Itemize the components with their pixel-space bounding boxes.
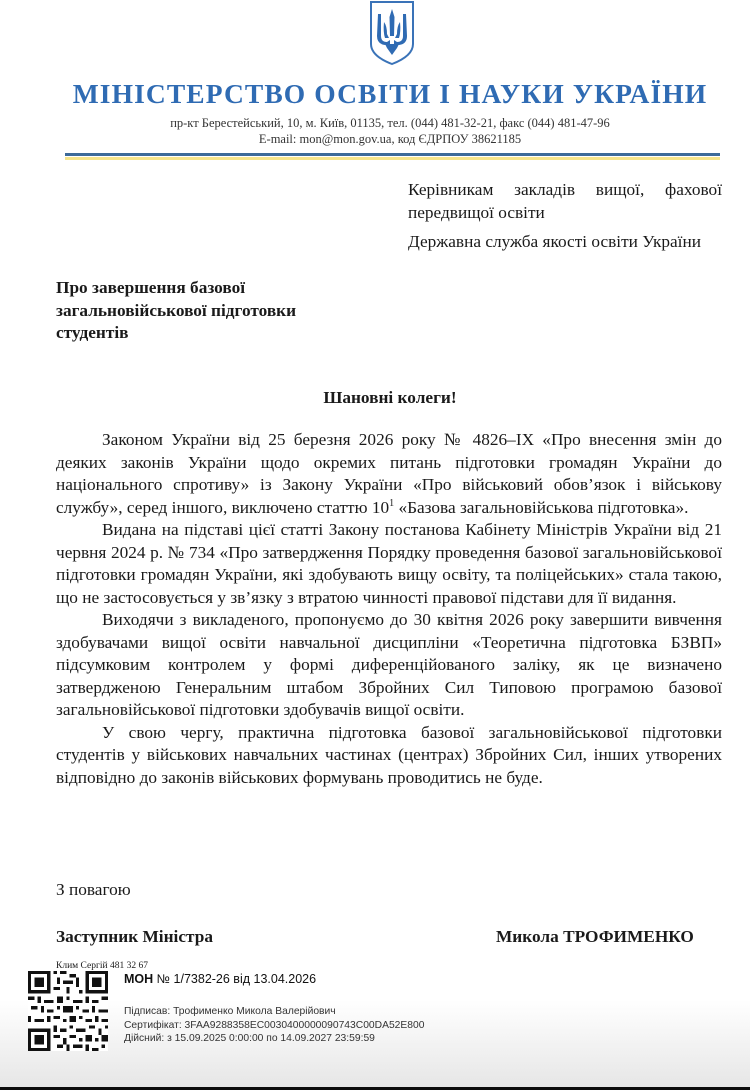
- body-paragraph: Виходячи з викладеного, пропонуємо до 30…: [56, 609, 722, 722]
- signer-name: Микола ТРОФИМЕНКО: [496, 927, 694, 947]
- registration-number: № 1/7382-26 від 13.04.2026: [157, 972, 316, 986]
- letter-body: Законом України від 25 березня 2026 року…: [56, 429, 722, 789]
- signer-position: Заступник Міністра: [56, 927, 213, 947]
- recipient: Державна служба якості освіти України: [408, 231, 722, 254]
- recipients-block: Керівникам закладів вищої, фахової перед…: [408, 179, 722, 261]
- certificate-id: Сертифікат: 3FAA9288358EC003040000009074…: [124, 1019, 424, 1033]
- executor-contact: Клим Сергій 481 32 67: [56, 961, 148, 971]
- document-registration: МОН № 1/7382-26 від 13.04.2026: [124, 972, 316, 986]
- letterhead-rule-blue: [65, 153, 720, 156]
- qr-code-icon: [28, 971, 108, 1051]
- ministry-address: пр-кт Берестейський, 10, м. Київ, 01135,…: [0, 116, 750, 131]
- body-paragraph: Видана на підставі цієї статті Закону по…: [56, 519, 722, 609]
- closing-regards: З повагою: [56, 880, 131, 900]
- org-abbrev: МОН: [124, 972, 153, 986]
- ministry-contacts: E-mail: mon@mon.gov.ua, код ЄДРПОУ 38621…: [0, 132, 750, 147]
- recipient: Керівникам закладів вищої, фахової перед…: [408, 179, 722, 224]
- body-paragraph: Законом України від 25 березня 2026 року…: [56, 429, 722, 519]
- letter-page: МІНІСТЕРСТВО ОСВІТИ І НАУКИ УКРАЇНИ пр-к…: [0, 0, 750, 1088]
- body-paragraph: У свою чергу, практична підготовка базов…: [56, 722, 722, 790]
- certificate-validity: Дійсний: з 15.09.2025 0:00:00 по 14.09.2…: [124, 1032, 424, 1046]
- letter-subject: Про завершення базової загальновійськово…: [56, 277, 356, 345]
- paragraph-text: «Базова загальновійськова підготовка».: [394, 498, 688, 517]
- signed-by: Підписав: Трофименко Микола Валерійович: [124, 1005, 424, 1019]
- ministry-name: МІНІСТЕРСТВО ОСВІТИ І НАУКИ УКРАЇНИ: [0, 78, 750, 110]
- tryzub-coat-of-arms-icon: [367, 0, 417, 66]
- letterhead-rule-yellow: [65, 157, 720, 160]
- salutation: Шановні колеги!: [0, 388, 750, 408]
- e-signature-info: Підписав: Трофименко Микола Валерійович …: [124, 1005, 424, 1046]
